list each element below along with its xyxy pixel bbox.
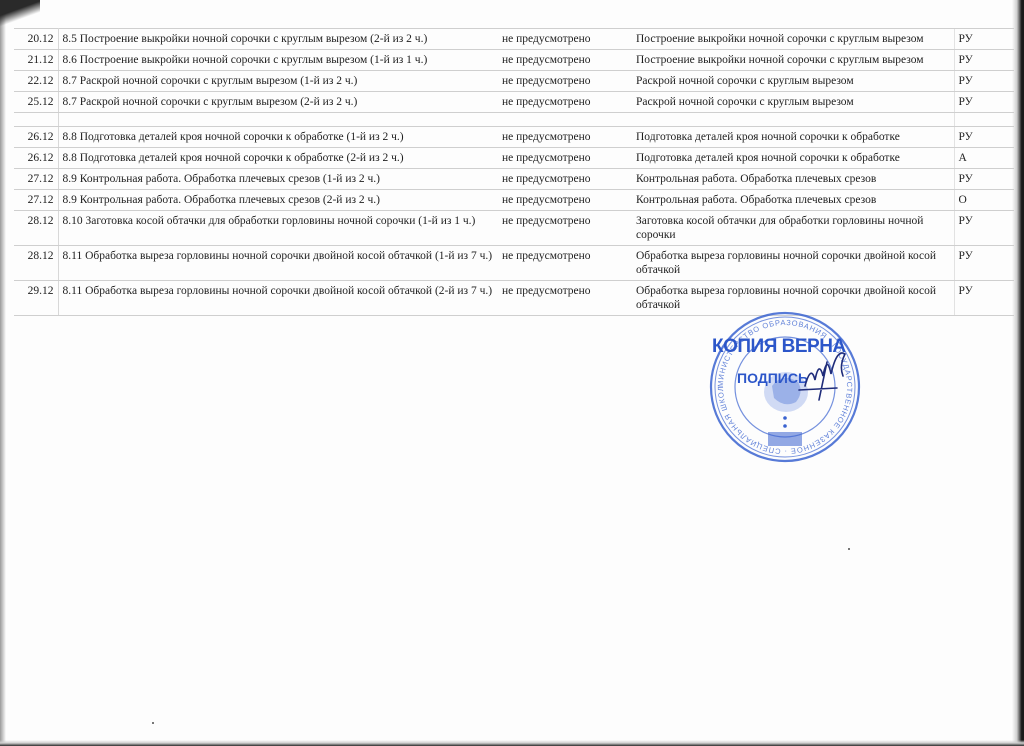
lesson-form: РУ (954, 281, 1014, 316)
lesson-date: 20.12 (14, 29, 58, 50)
lesson-homework: не предусмотрено (498, 29, 632, 50)
lesson-theme: Раскрой ночной сорочки с круглым вырезом (632, 71, 954, 92)
spacer-cell (58, 113, 954, 127)
spacer-cell (14, 113, 58, 127)
lesson-date: 28.12 (14, 211, 58, 246)
lesson-theme: Подготовка деталей кроя ночной сорочки к… (632, 148, 954, 169)
lesson-homework: не предусмотрено (498, 148, 632, 169)
lesson-topic: 8.11 Обработка выреза горловины ночной с… (58, 281, 498, 316)
table-row: 27.128.9 Контрольная работа. Обработка п… (14, 190, 1014, 211)
lesson-topic: 8.6 Построение выкройки ночной сорочки с… (58, 50, 498, 71)
lesson-form: РУ (954, 127, 1014, 148)
lesson-form: А (954, 148, 1014, 169)
lesson-date: 27.12 (14, 169, 58, 190)
signature-icon (797, 352, 857, 402)
table-row: 21.128.6 Построение выкройки ночной соро… (14, 50, 1014, 71)
lesson-theme: Подготовка деталей кроя ночной сорочки к… (632, 127, 954, 148)
lesson-date: 27.12 (14, 190, 58, 211)
lesson-homework: не предусмотрено (498, 169, 632, 190)
lesson-homework: не предусмотрено (498, 71, 632, 92)
lesson-form: РУ (954, 50, 1014, 71)
lesson-date: 28.12 (14, 246, 58, 281)
lesson-form: РУ (954, 246, 1014, 281)
table-row: 27.128.9 Контрольная работа. Обработка п… (14, 169, 1014, 190)
table-spacer-row (14, 113, 1014, 127)
lesson-homework: не предусмотрено (498, 246, 632, 281)
lesson-homework: не предусмотрено (498, 211, 632, 246)
lesson-topic: 8.9 Контрольная работа. Обработка плечев… (58, 190, 498, 211)
lesson-topic: 8.8 Подготовка деталей кроя ночной сороч… (58, 148, 498, 169)
lesson-theme: Обработка выреза горловины ночной сорочк… (632, 246, 954, 281)
lesson-theme: Построение выкройки ночной сорочки с кру… (632, 50, 954, 71)
lesson-form: РУ (954, 211, 1014, 246)
table-row: 28.128.10 Заготовка косой обтачки для об… (14, 211, 1014, 246)
lesson-date: 22.12 (14, 71, 58, 92)
table-row: 26.128.8 Подготовка деталей кроя ночной … (14, 148, 1014, 169)
scan-speck (848, 548, 850, 550)
lesson-theme: Построение выкройки ночной сорочки с кру… (632, 29, 954, 50)
table-row: 29.128.11 Обработка выреза горловины ноч… (14, 281, 1014, 316)
lesson-date: 29.12 (14, 281, 58, 316)
lesson-homework: не предусмотрено (498, 92, 632, 113)
scan-edge-left (0, 0, 6, 746)
lesson-homework: не предусмотрено (498, 281, 632, 316)
lesson-theme: Контрольная работа. Обработка плечевых с… (632, 169, 954, 190)
lesson-schedule-table: 20.128.5 Построение выкройки ночной соро… (14, 28, 1014, 316)
lesson-date: 21.12 (14, 50, 58, 71)
lesson-date: 26.12 (14, 148, 58, 169)
lesson-form: РУ (954, 71, 1014, 92)
lesson-topic: 8.8 Подготовка деталей кроя ночной сороч… (58, 127, 498, 148)
table-row: 25.128.7 Раскрой ночной сорочки с круглы… (14, 92, 1014, 113)
table-row: 28.128.11 Обработка выреза горловины ноч… (14, 246, 1014, 281)
lesson-homework: не предусмотрено (498, 190, 632, 211)
lesson-form: РУ (954, 169, 1014, 190)
lesson-form: РУ (954, 92, 1014, 113)
scan-shadow-corner (0, 0, 40, 30)
scan-edge-bottom (0, 740, 1024, 746)
lesson-form: О (954, 190, 1014, 211)
lesson-theme: Контрольная работа. Обработка плечевых с… (632, 190, 954, 211)
lesson-theme: Заготовка косой обтачки для обработки го… (632, 211, 954, 246)
table-row: 26.128.8 Подготовка деталей кроя ночной … (14, 127, 1014, 148)
lesson-date: 25.12 (14, 92, 58, 113)
lesson-topic: 8.10 Заготовка косой обтачки для обработ… (58, 211, 498, 246)
lesson-homework: не предусмотрено (498, 50, 632, 71)
lesson-topic: 8.9 Контрольная работа. Обработка плечев… (58, 169, 498, 190)
table-row: 20.128.5 Построение выкройки ночной соро… (14, 29, 1014, 50)
lesson-topic: 8.7 Раскрой ночной сорочки с круглым выр… (58, 71, 498, 92)
lesson-topic: 8.7 Раскрой ночной сорочки с круглым выр… (58, 92, 498, 113)
lesson-date: 26.12 (14, 127, 58, 148)
table-row: 22.128.7 Раскрой ночной сорочки с круглы… (14, 71, 1014, 92)
scan-speck (152, 722, 154, 724)
lesson-theme: Раскрой ночной сорочки с круглым вырезом (632, 92, 954, 113)
lesson-homework: не предусмотрено (498, 127, 632, 148)
lesson-topic: 8.11 Обработка выреза горловины ночной с… (58, 246, 498, 281)
spacer-cell (954, 113, 1014, 127)
lesson-form: РУ (954, 29, 1014, 50)
lesson-topic: 8.5 Построение выкройки ночной сорочки с… (58, 29, 498, 50)
